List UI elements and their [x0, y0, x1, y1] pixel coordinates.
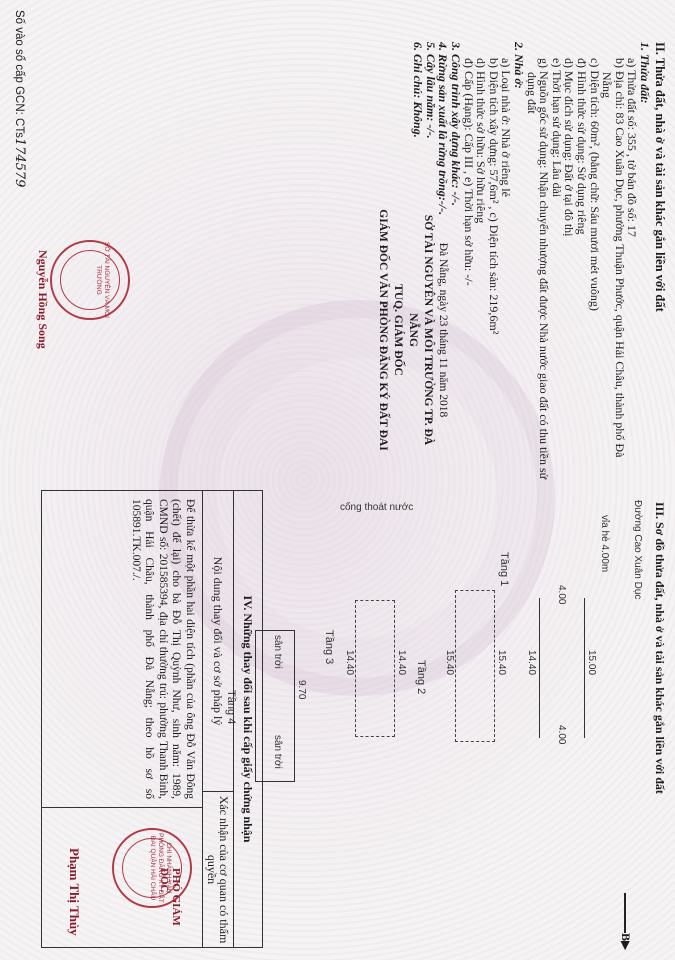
- official-stamp: SỞ TÀI NGUYÊN VÀ MÔI TRƯỜNG: [50, 240, 130, 320]
- floor3-outline: [355, 600, 395, 737]
- build-area-line: b) Diện tích xây dựng: 57,6m² , c) Diện …: [487, 42, 500, 472]
- change-entry: Để thừa kế một phần hai diện tích (phần …: [42, 491, 202, 808]
- confirmation-cell: CHI NHÁNH VĂN PHÒNG ĐĂNG KÝ ĐẤT ĐAI QUẬN…: [42, 808, 202, 947]
- approver-title: PHÓ GIÁM ĐỐC: [158, 868, 182, 947]
- signer-name: Nguyễn Hồng Song: [35, 250, 50, 349]
- use-form-line: đ) Hình thức sử dụng: Sử dụng riêng: [575, 42, 588, 472]
- ownership-line: d) Hình thức sở hữu: Sở hữu riêng: [475, 42, 488, 472]
- section-4-title: IV. Những thay đổi sau khi cấp giấy chứn…: [233, 491, 262, 947]
- signature-block: Đà Nẵng, ngày 23 tháng 11 năm 2018 SỞ TÀ…: [375, 200, 450, 460]
- floor1-bottom-edge: [538, 598, 540, 738]
- col-confirm-header: Xác nhận của cơ quan có thẩm quyền: [203, 792, 233, 947]
- drain-label: cống thoát nước: [340, 502, 413, 513]
- section-land-house: II. Thửa đất, nhà ở và tài sản khác gắn …: [0, 0, 675, 480]
- floor1-top-edge: [583, 598, 585, 738]
- house-type-line: a) Loại nhà ở: Nhà ở riêng lẻ: [500, 42, 513, 472]
- registry-number: Số vào sổ cấp GCN: CTs174579: [12, 10, 27, 187]
- grade-line: đ) Cấp (Hạng): Cấp III , e) Thời hạn sở …: [462, 42, 475, 472]
- street-label: Đường Cao Xuân Dục: [632, 500, 643, 599]
- tuq-line: TUQ. GIÁM ĐỐC: [390, 200, 405, 460]
- section-2-title: II. Thửa đất, nhà ở và tài sản khác gắn …: [652, 42, 667, 312]
- office-name: GIÁM ĐỐC VĂN PHÒNG ĐĂNG KÝ ĐẤT ĐAI: [375, 200, 390, 460]
- date-line: Đà Nẵng, ngày 23 tháng 11 năm 2018: [435, 200, 450, 460]
- certificate-page: II. Thửa đất, nhà ở và tài sản khác gắn …: [0, 0, 675, 960]
- term-line: e) Thời hạn sử dụng: Lâu dài: [550, 42, 563, 472]
- floor-plan-sketch: Đường Cao Xuân Dục vỉa hè 4.00m cống tho…: [195, 480, 675, 960]
- origin-cont: dụng đất: [525, 42, 538, 472]
- col-content-header: Nội dung thay đổi và cơ sở pháp lý: [203, 491, 233, 792]
- changes-table: IV. Những thay đổi sau khi cấp giấy chứn…: [41, 490, 263, 948]
- land-heading: 1. Thửa đất:: [638, 42, 651, 472]
- floor2-outline: [455, 590, 495, 742]
- approver-name: Phạm Thị Thủy: [66, 848, 82, 936]
- sidewalk-label: vỉa hè 4.00m: [599, 515, 610, 572]
- dept-name: SỞ TÀI NGUYÊN VÀ MÔI TRƯỜNG TP. ĐÀ NẴNG: [405, 200, 435, 460]
- house-heading: 2. Nhà ở:: [512, 42, 525, 472]
- address-line: b) Địa chỉ: 83 Cao Xuân Dục, phường Thuậ…: [613, 42, 626, 472]
- parcel-line: a) Thửa đất số: 355 , tờ bản đồ số: 17: [626, 42, 639, 472]
- purpose-line: d) Mục đích sử dụng: Đất ở tại đô thị: [563, 42, 576, 472]
- origin-line: g) Nguồn gốc sử dụng: Nhận chuyển nhượng…: [538, 42, 551, 472]
- address-cont: Nẵng: [601, 42, 614, 472]
- area-line: c) Diện tích: 60m², (bằng chữ: Sáu mươi …: [588, 42, 601, 472]
- floor-1-label: Tầng 1: [498, 552, 510, 586]
- floor-2-label: Tầng 2: [415, 660, 427, 694]
- floor-3-label: Tầng 3: [323, 630, 335, 664]
- other-works: 3. Công trình xây dựng khác: -/-.: [450, 42, 463, 472]
